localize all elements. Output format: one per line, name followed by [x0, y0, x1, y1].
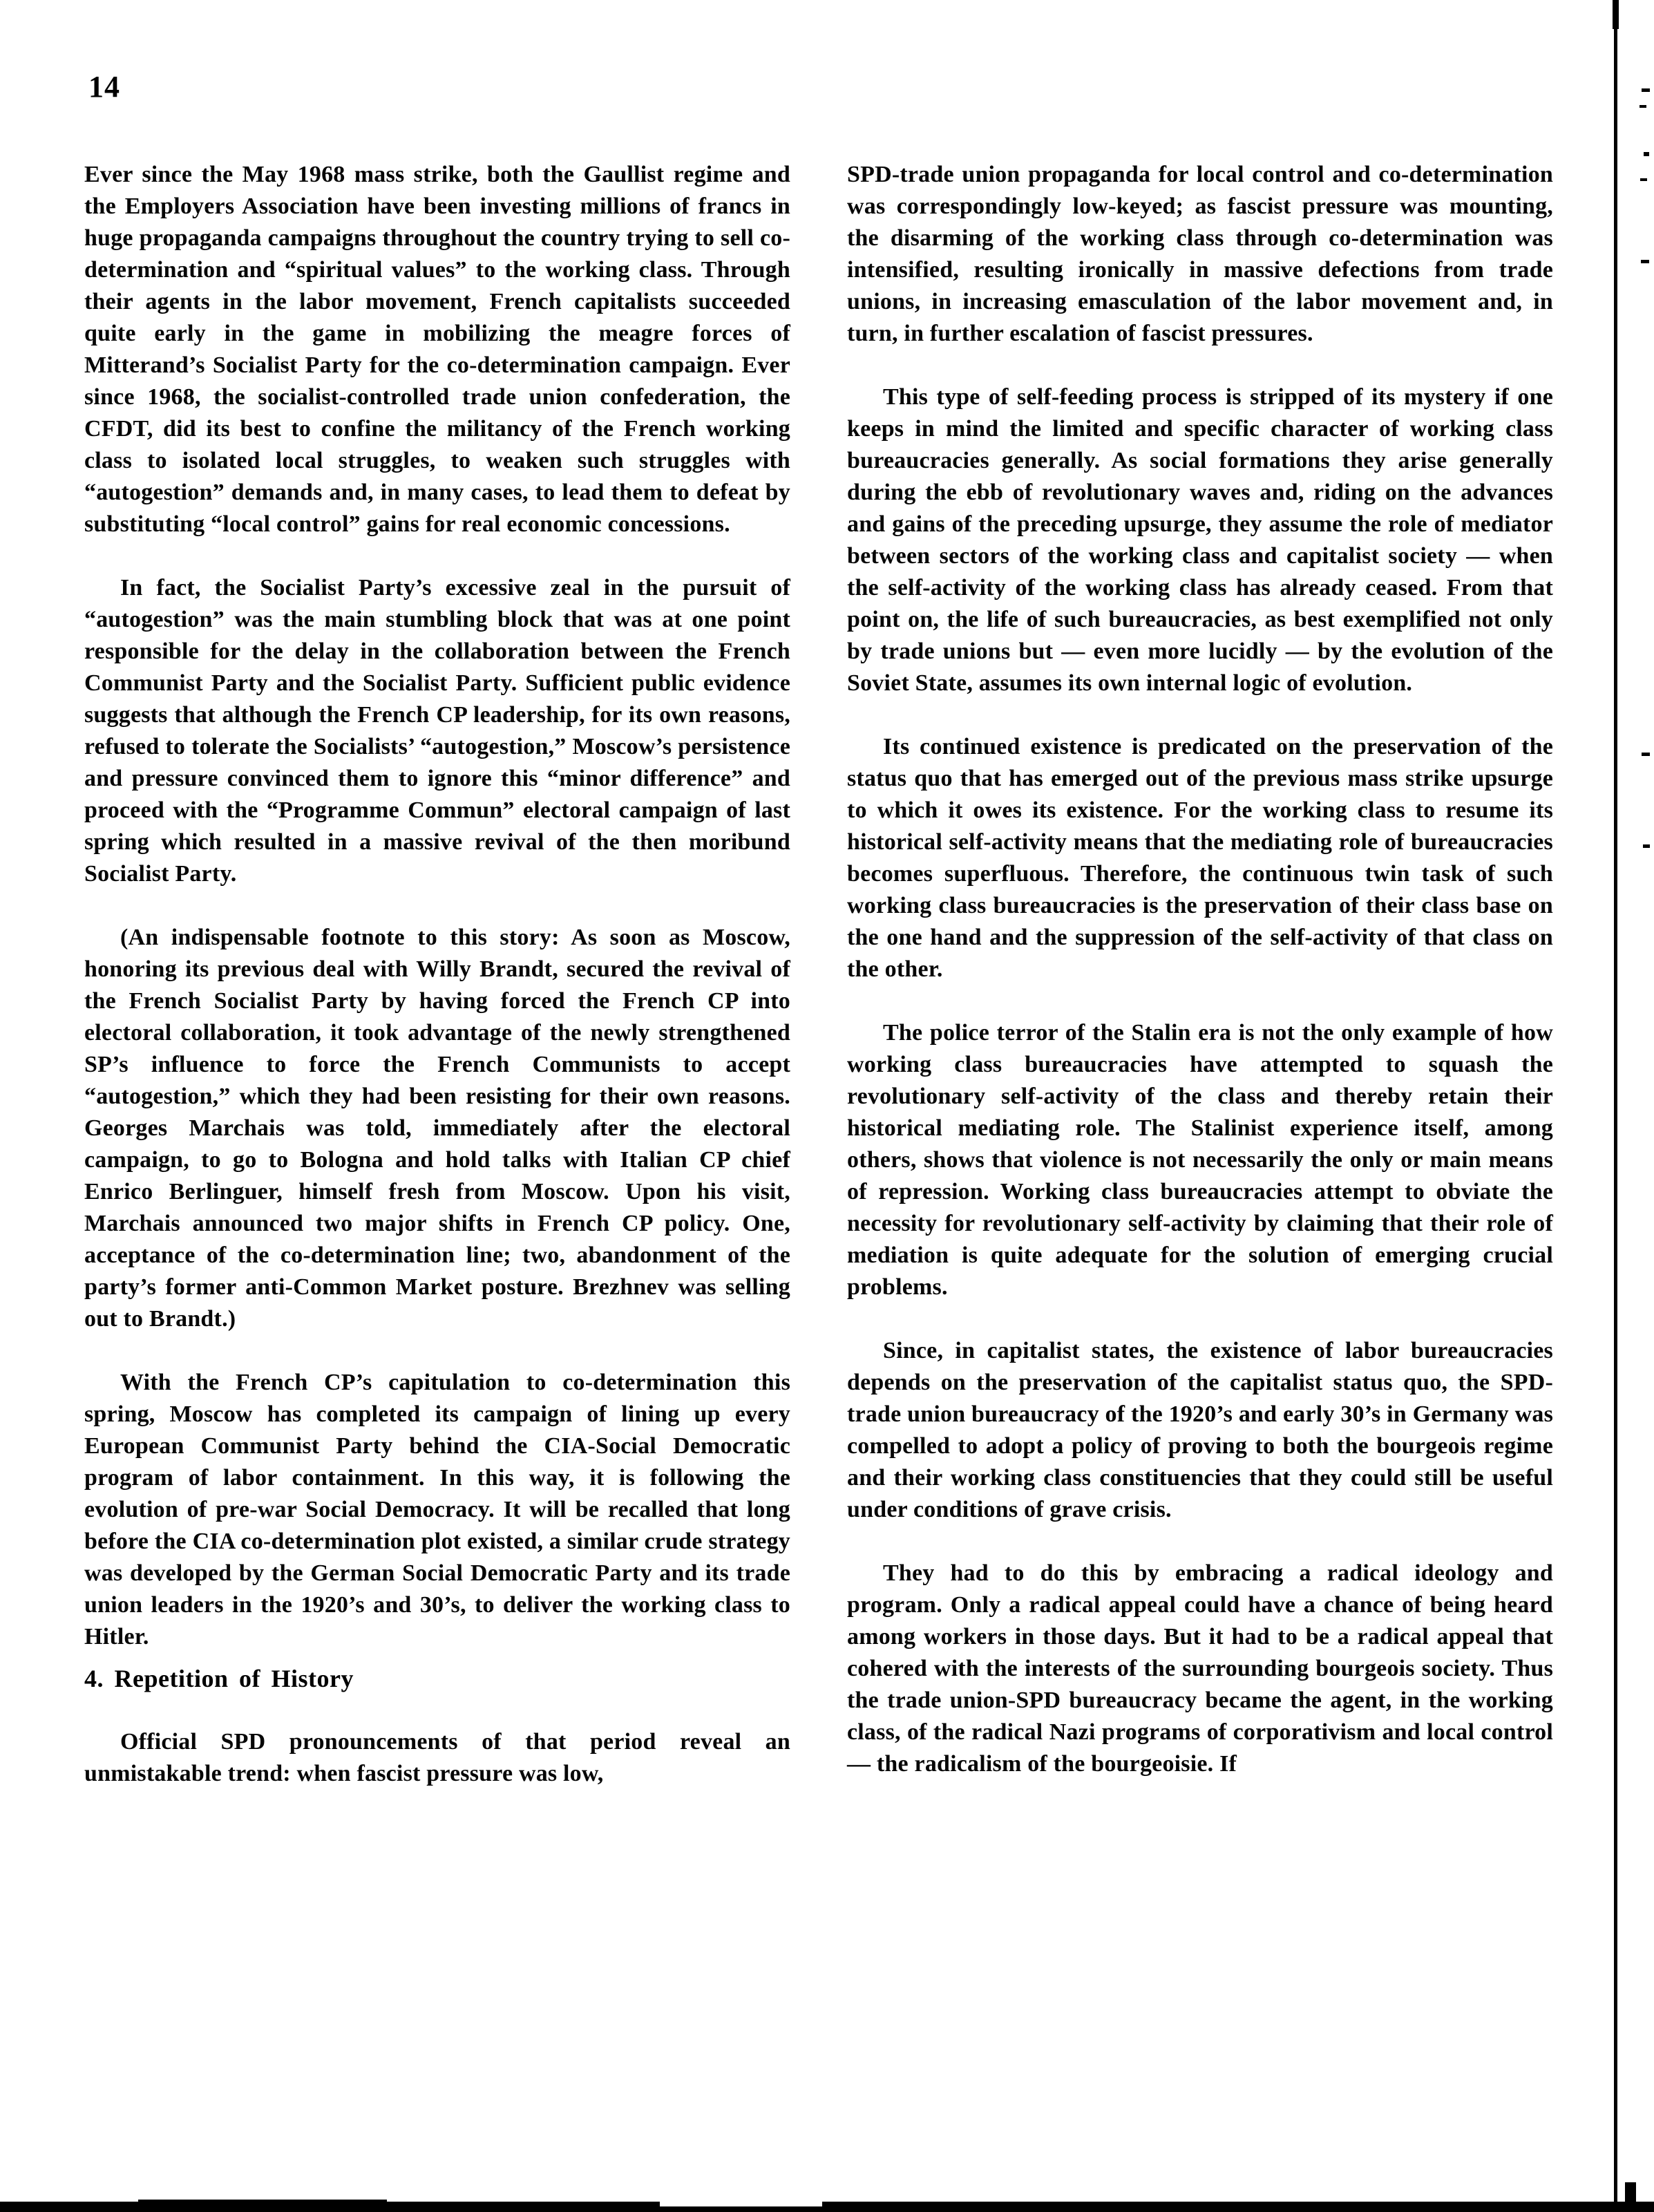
paragraph: Its continued existence is predicated on…: [847, 731, 1553, 985]
scan-speck: [138, 2200, 387, 2203]
right-column: SPD-trade union propaganda for local con…: [847, 159, 1553, 1780]
scan-artifact-bottom-bar-notch: [660, 2202, 822, 2206]
paragraph: This type of self-feeding process is str…: [847, 381, 1553, 699]
paragraph: (An indispensable footnote to this story…: [84, 922, 790, 1335]
paragraph: The police terror of the Stalin era is n…: [847, 1017, 1553, 1303]
scan-artifact-bottom-bar: [0, 2202, 1654, 2212]
scan-speck: [1640, 178, 1647, 181]
page-number: 14: [88, 69, 120, 104]
scan-speck: [1642, 88, 1650, 92]
scan-artifact-vertical-rule-thick-top: [1613, 0, 1619, 29]
scan-speck: [1644, 152, 1649, 156]
scan-speck: [1639, 105, 1646, 108]
paragraph: With the French CP’s capitulation to co-…: [84, 1367, 790, 1653]
scan-speck: [1625, 2182, 1636, 2203]
paragraph: Since, in capitalist states, the existen…: [847, 1335, 1553, 1526]
paragraph: They had to do this by embracing a radic…: [847, 1558, 1553, 1780]
scan-speck: [1642, 753, 1650, 756]
paragraph: SPD-trade union propaganda for local con…: [847, 159, 1553, 350]
section-heading: 4. Repetition of History: [84, 1664, 790, 1693]
scan-speck: [1643, 844, 1650, 848]
paragraph: In fact, the Socialist Party’s excessive…: [84, 572, 790, 890]
paragraph: Official SPD pronouncements of that peri…: [84, 1726, 790, 1790]
scan-artifact-vertical-rule: [1614, 0, 1617, 2206]
paragraph: Ever since the May 1968 mass strike, bot…: [84, 159, 790, 540]
left-column: Ever since the May 1968 mass strike, bot…: [84, 159, 790, 1790]
scan-speck: [1641, 260, 1649, 263]
